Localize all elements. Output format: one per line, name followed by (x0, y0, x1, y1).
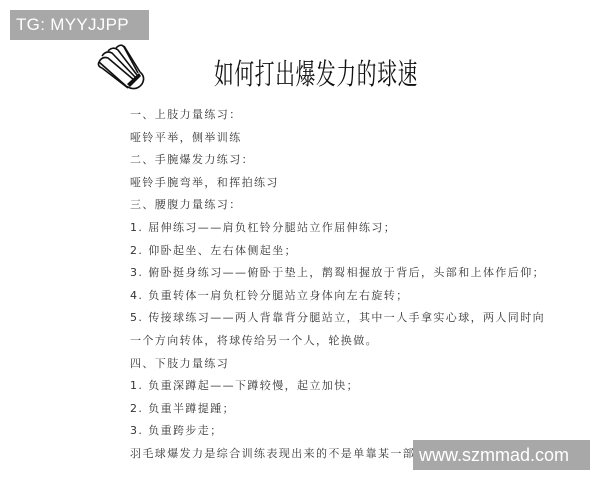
section-heading: 二、手腕爆发力练习： (130, 149, 590, 172)
list-item: 1. 负重深蹲起——下蹲较慢，起立加快； (130, 375, 590, 398)
text-line: 哑铃平举，侧举训练 (130, 127, 590, 150)
list-item-continuation: 一个方向转体，将球传给另一个人，轮换做。 (130, 330, 590, 353)
list-item: 3. 俯卧挺身练习——俯卧于垫上，䴖䴕相握放于背后，头部和上体作后仰； (130, 262, 590, 285)
list-item: 2. 仰卧起坐、左右体侧起坐； (130, 240, 590, 263)
list-item: 1. 屈伸练习——肩负杠铃分腿站立作屈伸练习； (130, 217, 590, 240)
page-title: 如何打出爆发力的球速 (214, 52, 343, 96)
list-item: 4. 负重转体一肩负杠铃分腿站立身体向左右旋转； (130, 285, 590, 308)
text-line: 哑铃手腕弯举，和挥拍练习 (130, 172, 590, 195)
section-heading: 一、上肢力量练习： (130, 104, 590, 127)
section-heading: 三、腰腹力量练习： (130, 194, 590, 217)
list-item: 2. 负重半蹲提踵； (130, 398, 590, 421)
list-item: 5. 传接球练习——两人背靠背分腿站立，其中一人手拿实心球，两人同时向 (130, 307, 590, 330)
watermark-top-left: TG: MYYJJPP (10, 10, 149, 40)
watermark-bottom-right: www.szmmad.com (413, 440, 590, 470)
article-body: 一、上肢力量练习： 哑铃平举，侧举训练 二、手腕爆发力练习： 哑铃手腕弯举，和挥… (130, 104, 590, 466)
shuttlecock-icon (96, 42, 146, 92)
section-heading: 四、下肢力量练习 (130, 353, 590, 376)
